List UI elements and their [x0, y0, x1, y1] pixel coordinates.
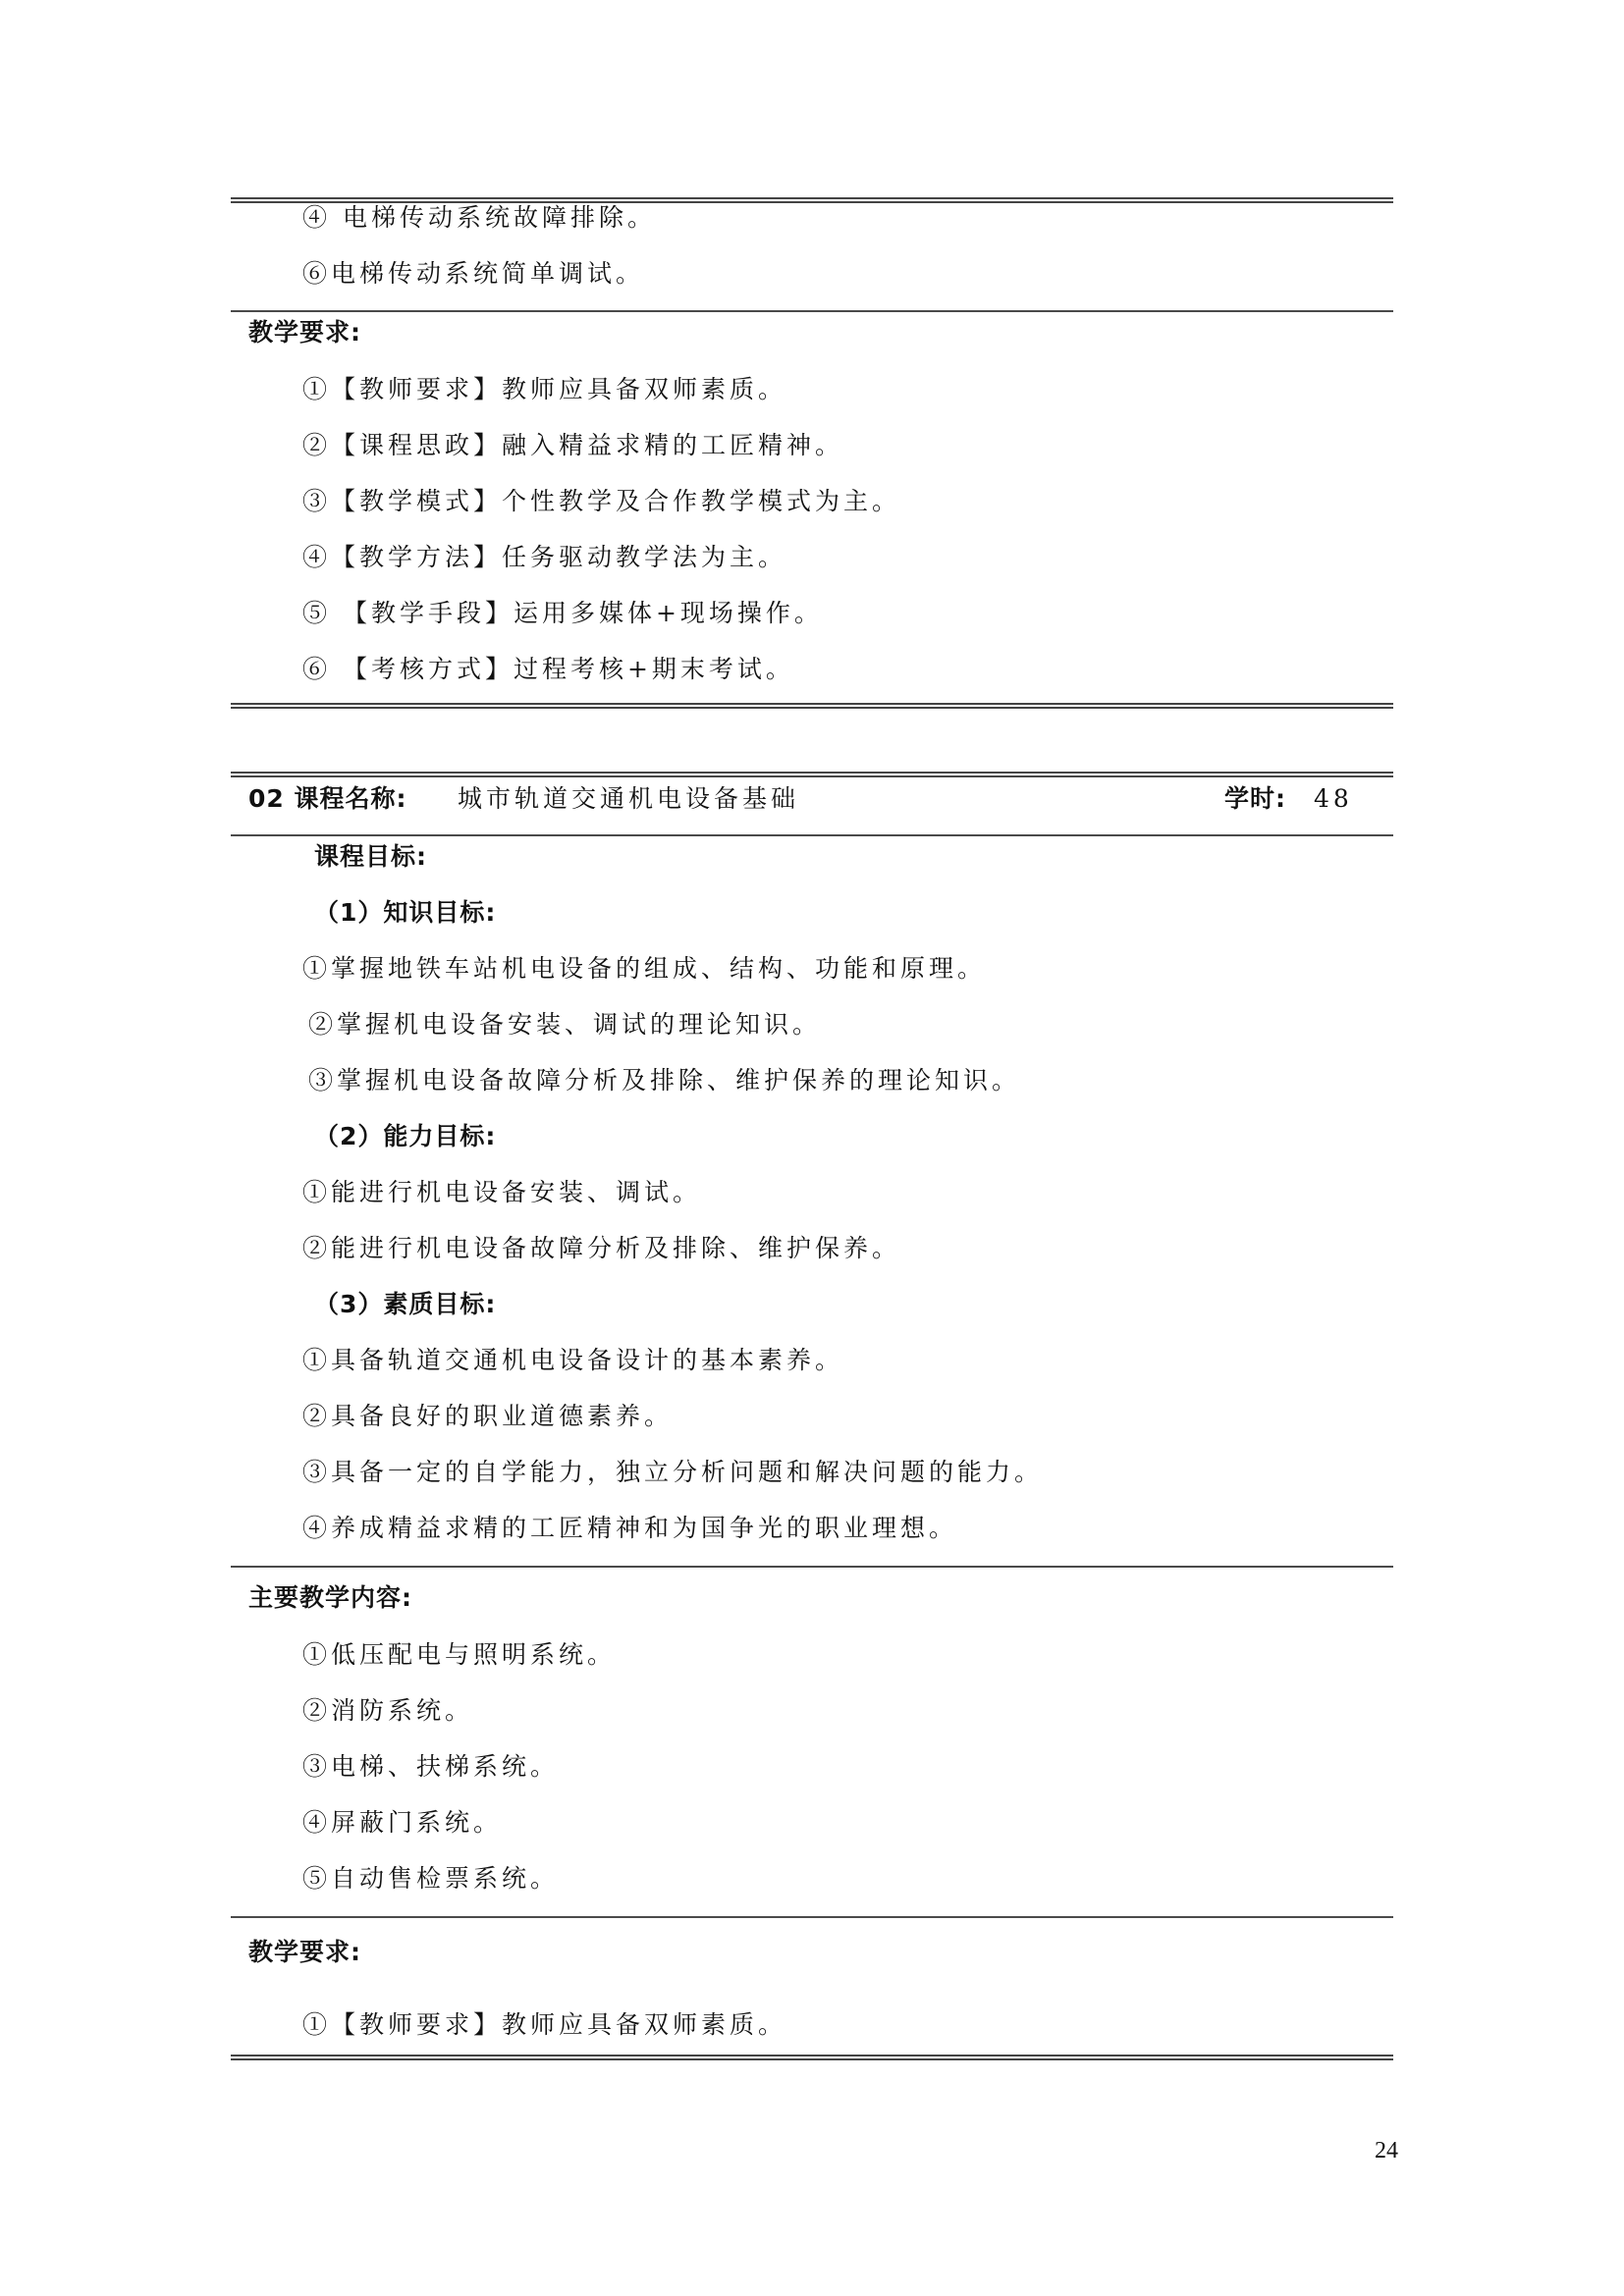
quality-heading: （3）素质目标:: [314, 1289, 496, 1320]
knowledge-heading: （1）知识目标:: [314, 897, 496, 929]
content-item: ⑥电梯传动系统简单调试。: [302, 258, 644, 290]
header-divider: [231, 834, 1393, 836]
requirement-item: ⑥ 【考核方式】过程考核+期末考试。: [302, 654, 794, 685]
ability-heading: （2）能力目标:: [314, 1121, 496, 1152]
knowledge-item: ③掌握机电设备故障分析及排除、维护保养的理论知识。: [308, 1065, 1020, 1096]
content-item: ③电梯、扶梯系统。: [302, 1751, 559, 1783]
requirement-item: ②【课程思政】融入精益求精的工匠精神。: [302, 430, 843, 461]
requirement-item: ①【教师要求】教师应具备双师素质。: [302, 374, 786, 405]
ability-item: ②能进行机电设备故障分析及排除、维护保养。: [302, 1233, 900, 1264]
page-number: 24: [1375, 2138, 1398, 2164]
table-bottom-border: [231, 703, 1393, 709]
requirement-item: ⑤ 【教学手段】运用多媒体+现场操作。: [302, 598, 823, 629]
course-name: 城市轨道交通机电设备基础: [458, 783, 799, 815]
content-item: ②消防系统。: [302, 1695, 473, 1727]
ability-item: ①能进行机电设备安装、调试。: [302, 1177, 701, 1208]
knowledge-item: ①掌握地铁车站机电设备的组成、结构、功能和原理。: [302, 953, 986, 985]
hours-label: 学时:: [1224, 783, 1286, 815]
requirements-heading: 教学要求:: [248, 1937, 361, 1968]
section-divider: [231, 1566, 1393, 1568]
section-divider: [231, 310, 1393, 312]
section-divider: [231, 1916, 1393, 1918]
knowledge-item: ②掌握机电设备安装、调试的理论知识。: [308, 1009, 821, 1041]
content-item: ①低压配电与照明系统。: [302, 1639, 616, 1671]
quality-item: ①具备轨道交通机电设备设计的基本素养。: [302, 1345, 843, 1376]
content-item: ④ 电梯传动系统故障排除。: [302, 202, 656, 234]
requirements-heading: 教学要求:: [248, 317, 361, 348]
requirement-item: ①【教师要求】教师应具备双师素质。: [302, 2009, 786, 2041]
requirement-item: ③【教学模式】个性教学及合作教学模式为主。: [302, 486, 900, 517]
table-top-border: [231, 772, 1393, 777]
objectives-heading: 课程目标:: [314, 841, 427, 873]
course-number-label: 02 课程名称:: [248, 783, 407, 815]
content-item: ⑤自动售检票系统。: [302, 1863, 559, 1895]
quality-item: ③具备一定的自学能力，独立分析问题和解决问题的能力。: [302, 1457, 1043, 1488]
hours-value: 48: [1314, 783, 1353, 815]
quality-item: ②具备良好的职业道德素养。: [302, 1401, 673, 1432]
content-item: ④屏蔽门系统。: [302, 1807, 502, 1839]
requirement-item: ④【教学方法】任务驱动教学法为主。: [302, 542, 786, 573]
quality-item: ④养成精益求精的工匠精神和为国争光的职业理想。: [302, 1513, 957, 1544]
content-heading: 主要教学内容:: [248, 1582, 412, 1614]
table-bottom-border: [231, 2055, 1393, 2060]
